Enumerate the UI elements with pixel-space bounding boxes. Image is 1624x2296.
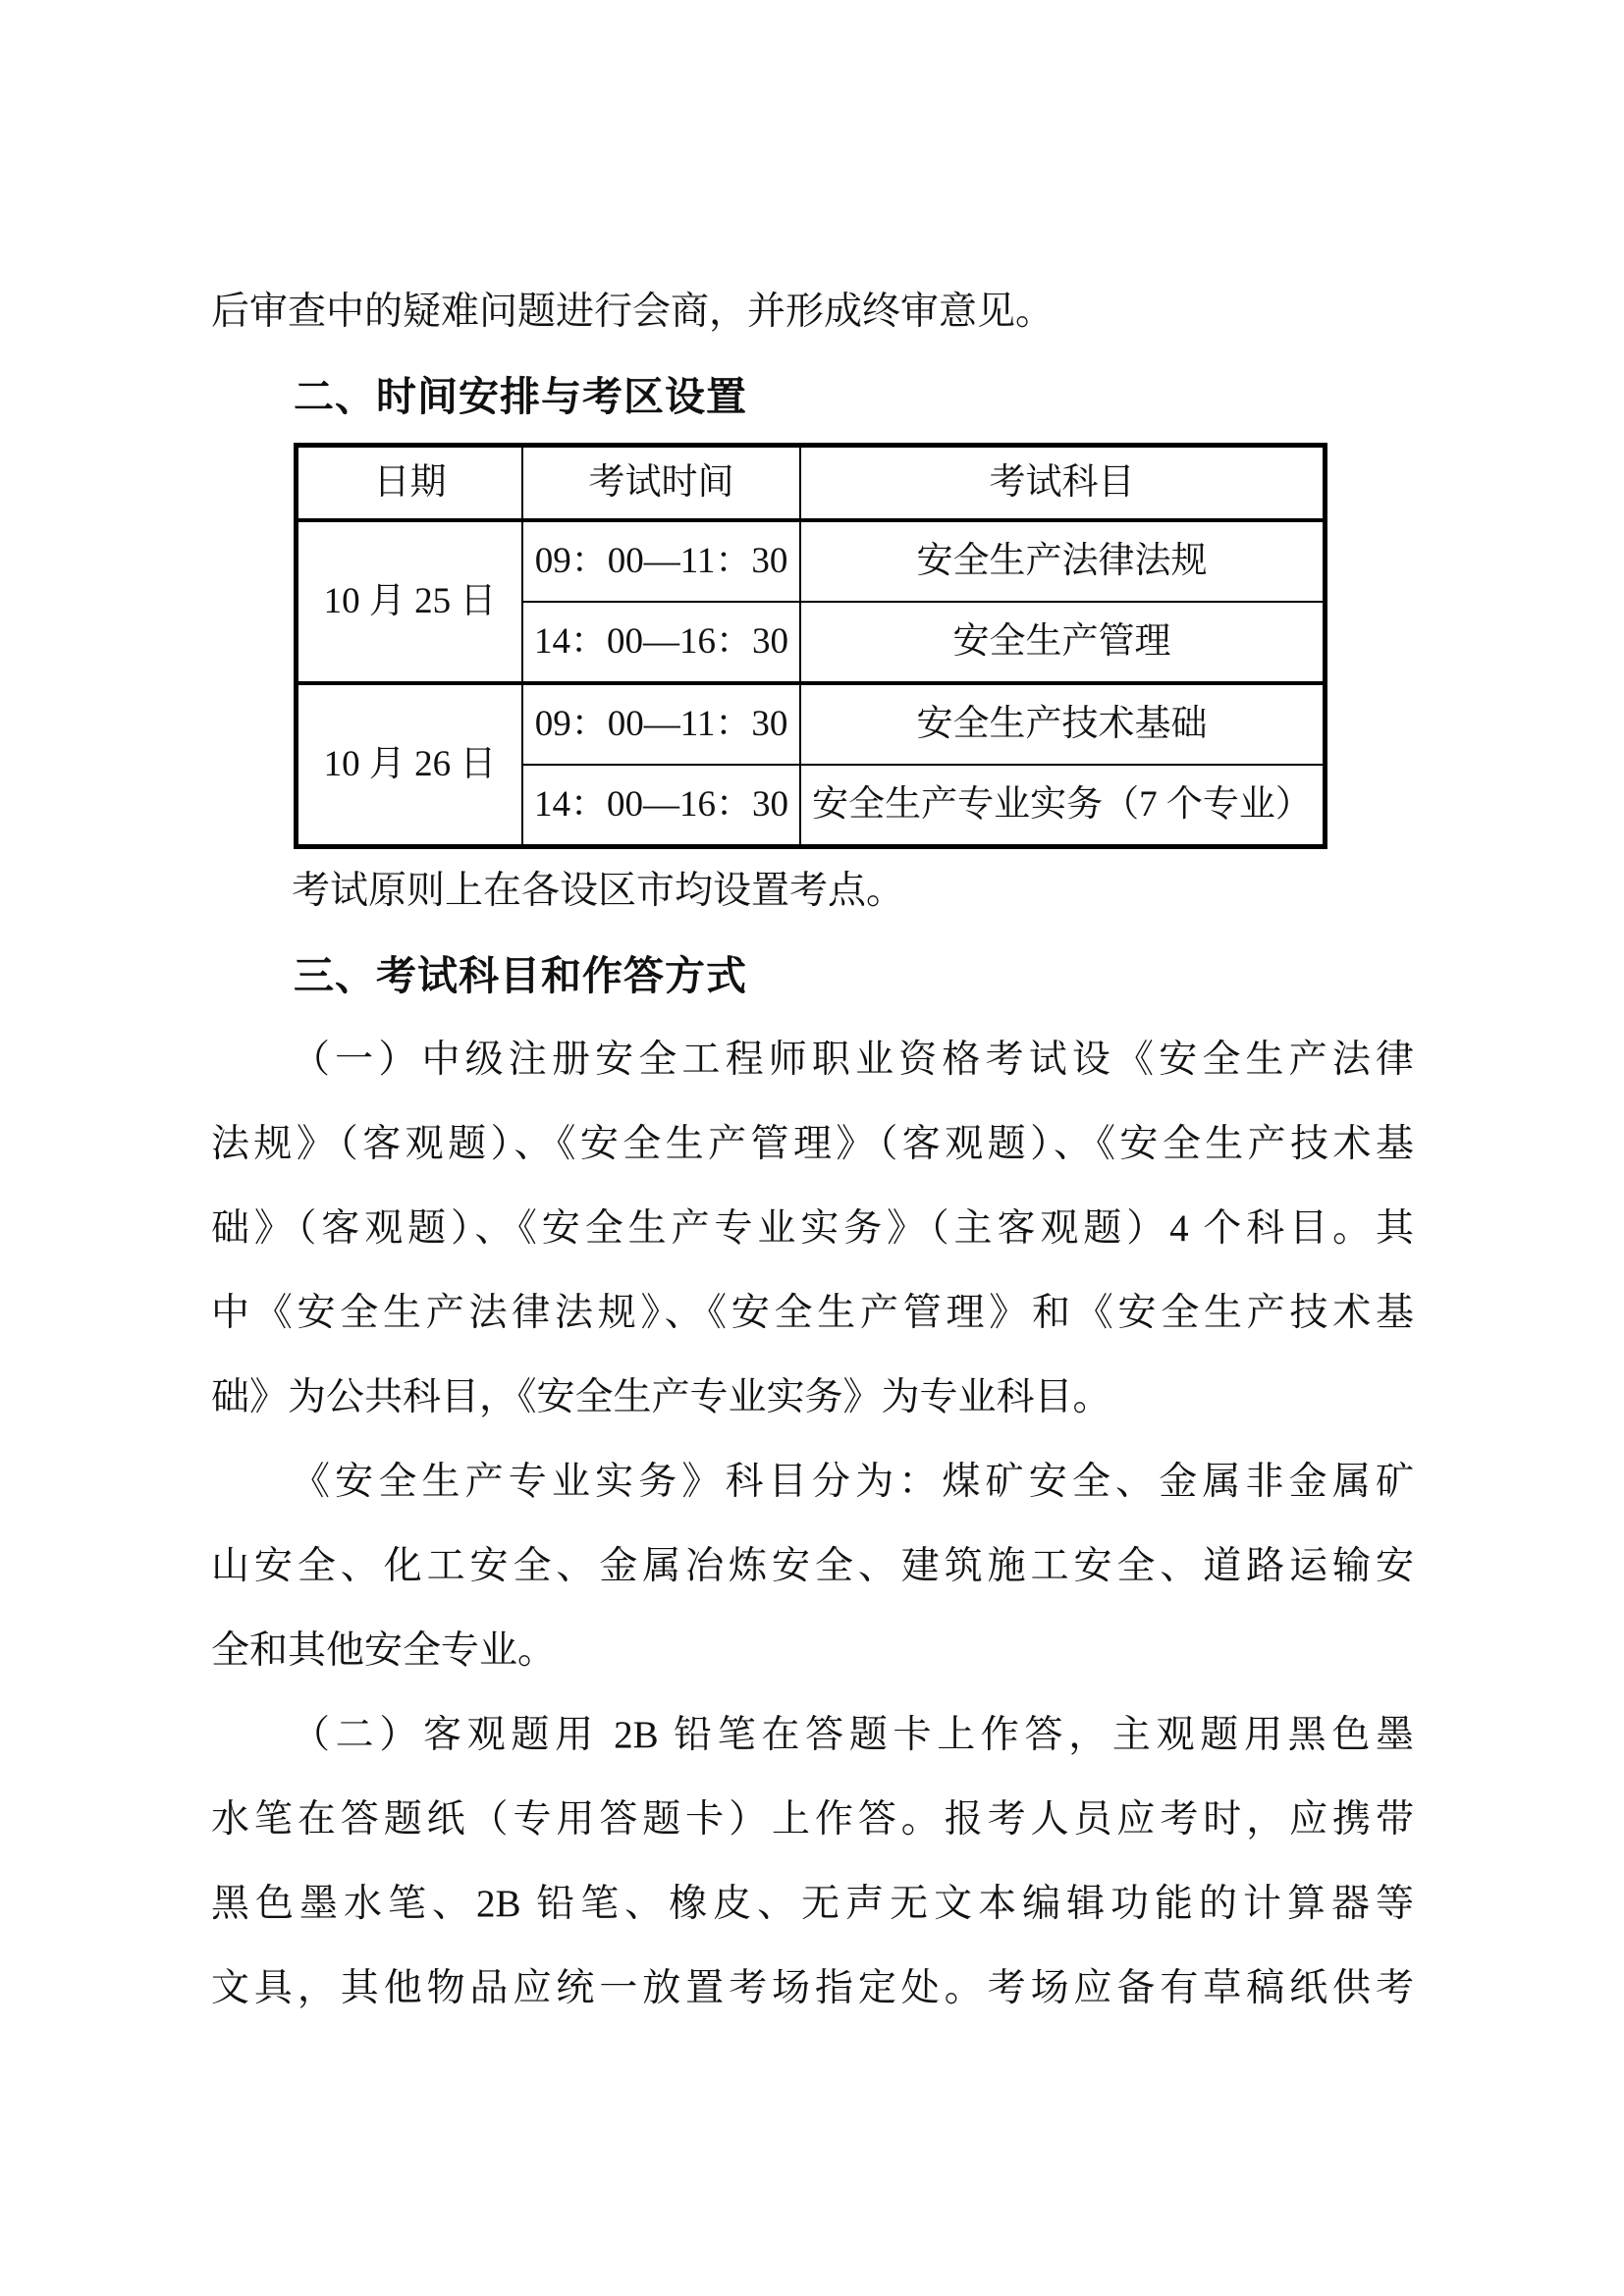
section-heading-3: 三、考试科目和作答方式 <box>211 934 1414 1018</box>
table-row: 10 月 25 日 09：00—11：30 安全生产法律法规 <box>297 520 1326 602</box>
paragraph-line: 法规》（客观题）、《安全生产管理》（客观题）、《安全生产技术基 <box>211 1102 1414 1187</box>
paragraph-line: 山安全、化工安全、金属冶炼安全、建筑施工安全、道路运输安 <box>211 1524 1414 1609</box>
paragraph-line: 础》（客观题）、《安全生产专业实务》（主客观题）4 个科目。其 <box>211 1187 1414 1271</box>
time-cell: 14：00—16：30 <box>522 602 800 683</box>
time-cell: 09：00—11：30 <box>522 520 800 602</box>
paragraph-line: （一）中级注册安全工程师职业资格考试设《安全生产法律 <box>211 1018 1414 1102</box>
header-cell-subject: 考试科目 <box>800 446 1326 521</box>
document-content: 后审查中的疑难问题进行会商，并形成终审意见。 二、时间安排与考区设置 日期 考试… <box>0 0 1414 2031</box>
subject-cell: 安全生产法律法规 <box>800 520 1326 602</box>
date-cell: 10 月 25 日 <box>297 520 523 683</box>
table-row: 10 月 26 日 09：00—11：30 安全生产技术基础 <box>297 683 1326 765</box>
subject-cell: 安全生产管理 <box>800 602 1326 683</box>
paragraph-line: 全和其他安全专业。 <box>211 1609 1414 1693</box>
paragraph-line: 水笔在答题纸（专用答题卡）上作答。报考人员应考时，应携带 <box>211 1778 1414 1862</box>
paragraph-line: 文具，其他物品应统一放置考场指定处。考场应备有草稿纸供考 <box>211 1947 1414 2031</box>
paragraph-line: 黑色墨水笔、2B 铅笔、橡皮、无声无文本编辑功能的计算器等 <box>211 1862 1414 1947</box>
document-page: 后审查中的疑难问题进行会商，并形成终审意见。 二、时间安排与考区设置 日期 考试… <box>0 0 1624 2296</box>
header-cell-date: 日期 <box>297 446 523 521</box>
date-cell: 10 月 26 日 <box>297 683 523 847</box>
paragraph-continuation-line: 后审查中的疑难问题进行会商，并形成终审意见。 <box>211 270 1414 354</box>
paragraph-line: 《安全生产专业实务》科目分为：煤矿安全、金属非金属矿 <box>211 1440 1414 1524</box>
time-cell: 14：00—16：30 <box>522 765 800 847</box>
subject-cell: 安全生产技术基础 <box>800 683 1326 765</box>
subject-cell: 安全生产专业实务（7 个专业） <box>800 765 1326 847</box>
header-cell-time: 考试时间 <box>522 446 800 521</box>
paragraph-line: 考试原则上在各设区市均设置考点。 <box>211 849 1414 934</box>
time-cell: 09：00—11：30 <box>522 683 800 765</box>
paragraph-line: 础》为公共科目，《安全生产专业实务》为专业科目。 <box>211 1356 1414 1440</box>
exam-schedule-table: 日期 考试时间 考试科目 10 月 25 日 09：00—11：30 安全生产法… <box>294 443 1327 849</box>
table-header-row: 日期 考试时间 考试科目 <box>297 446 1326 521</box>
section-heading-2: 二、时间安排与考区设置 <box>211 354 1414 439</box>
paragraph-line: （二）客观题用 2B 铅笔在答题卡上作答，主观题用黑色墨 <box>211 1693 1414 1778</box>
paragraph-line: 中《安全生产法律法规》、《安全生产管理》和《安全生产技术基 <box>211 1271 1414 1356</box>
